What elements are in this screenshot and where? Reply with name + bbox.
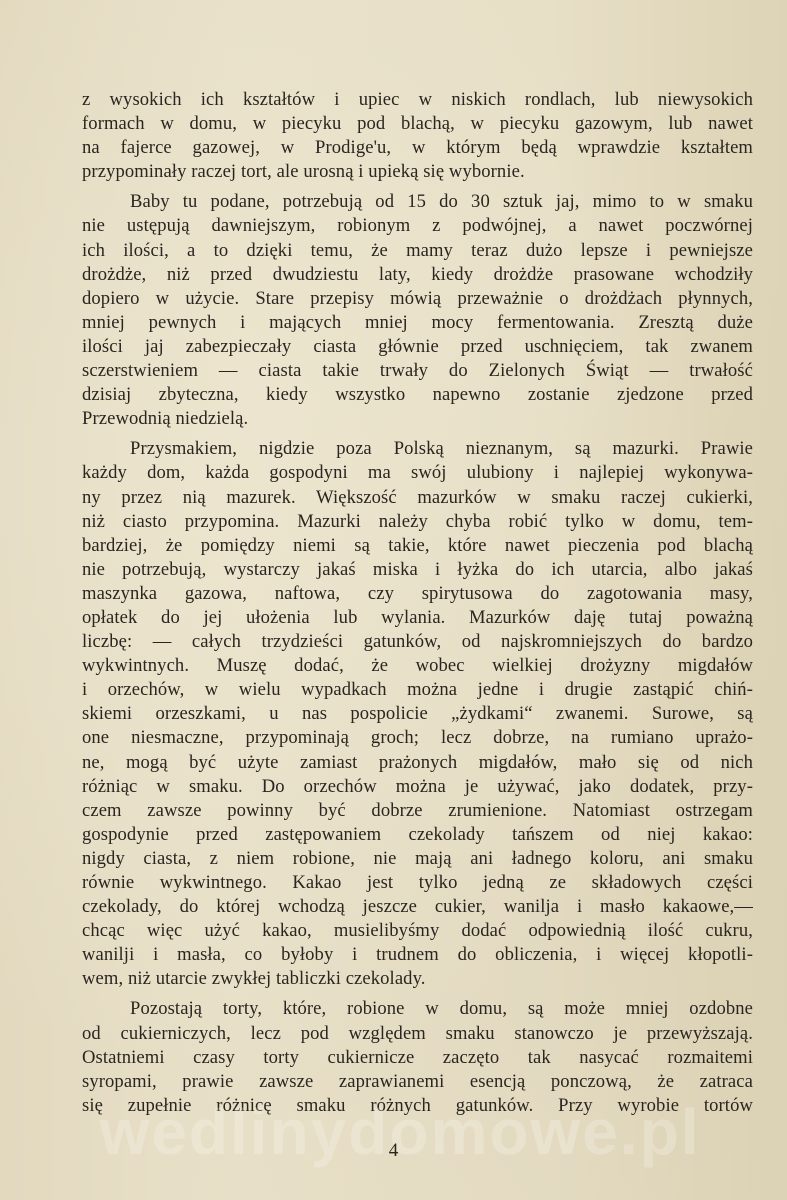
text-line: sczerstwieniem — ciasta takie trwały do …	[82, 359, 753, 383]
paragraph: Pozostają torty, które, robione w domu, …	[82, 997, 753, 1117]
text-line: maszynka gazowa, naftowa, czy spirytusow…	[82, 582, 753, 606]
text-line: bardziej, że pomiędzy niemi są takie, kt…	[82, 534, 753, 558]
text-line: czekolady, do której wchodzą jeszcze cuk…	[82, 895, 753, 919]
text-line: i orzechów, w wielu wypadkach można jedn…	[82, 678, 753, 702]
page-number: 4	[0, 1140, 787, 1162]
text-line: ne, mogą być użyte zamiast prażonych mig…	[82, 751, 753, 775]
text-line: Ostatniemi czasy torty cukiernicze zaczę…	[82, 1046, 753, 1070]
text-line: wykwintnych. Muszę dodać, że wobec wielk…	[82, 654, 753, 678]
text-line: liczbę: — całych trzydzieści gatunków, o…	[82, 630, 753, 654]
text-line: niż ciasto przypomina. Mazurki należy ch…	[82, 510, 753, 534]
text-line: one niesmaczne, przypominają groch; lecz…	[82, 726, 753, 750]
text-line: Przewodnią niedzielą.	[82, 407, 753, 431]
scanned-book-page: z wysokich ich kształtów i upiec w niski…	[0, 0, 787, 1200]
text-line: dopiero w użycie. Stare przepisy mówią p…	[82, 287, 753, 311]
text-line: mniej pewnych i mających mniej mocy ferm…	[82, 311, 753, 335]
text-line: przypominały raczej tort, ale urosną i u…	[82, 160, 753, 184]
text-line: ich ilości, a to dzięki temu, że mamy te…	[82, 239, 753, 263]
paragraph: Przysmakiem, nigdzie poza Polską nieznan…	[82, 437, 753, 991]
text-line: dzisiaj zbyteczna, kiedy wszystko napewn…	[82, 383, 753, 407]
paragraph: Baby tu podane, potrzebują od 15 do 30 s…	[82, 190, 753, 431]
text-line: skiemi orzeszkami, u nas pospolicie „żyd…	[82, 702, 753, 726]
text-line: opłatek do jej ułożenia lub wylania. Maz…	[82, 606, 753, 630]
text-line: czem zawsze powinny być dobrze zrumienio…	[82, 799, 753, 823]
paragraph: z wysokich ich kształtów i upiec w niski…	[82, 88, 753, 184]
text-line: syropami, prawie zawsze zaprawianemi ese…	[82, 1070, 753, 1094]
text-line: się zupełnie różnicę smaku różnych gatun…	[82, 1094, 753, 1118]
text-line: ilości jaj zabezpieczały ciasta głównie …	[82, 335, 753, 359]
body-text: z wysokich ich kształtów i upiec w niski…	[82, 88, 753, 1124]
text-line: gospodynie przed zastępowaniem czekolady…	[82, 823, 753, 847]
text-line: Przysmakiem, nigdzie poza Polską nieznan…	[82, 437, 753, 461]
text-line: na fajerce gazowej, w Prodige'u, w który…	[82, 136, 753, 160]
text-line: każdy dom, każda gospodyni ma swój ulubi…	[82, 461, 753, 485]
text-line: nie ustępują dawniejszym, robionym z pod…	[82, 214, 753, 238]
text-line: różniąc w smaku. Do orzechów można je uż…	[82, 775, 753, 799]
text-line: formach w domu, w piecyku pod blachą, w …	[82, 112, 753, 136]
text-line: nigdy ciasta, z niem robione, nie mają a…	[82, 847, 753, 871]
text-line: wem, niż utarcie zwykłej tabliczki czeko…	[82, 967, 753, 991]
text-line: od cukierniczych, lecz pod względem smak…	[82, 1022, 753, 1046]
text-line: chcąc więc użyć kakao, musielibyśmy doda…	[82, 919, 753, 943]
text-line: z wysokich ich kształtów i upiec w niski…	[82, 88, 753, 112]
text-line: wanilji i masła, co byłoby i trudnem do …	[82, 943, 753, 967]
text-line: równie wykwintnego. Kakao jest tylko jed…	[82, 871, 753, 895]
text-line: ny przez nią mazurek. Większość mazurków…	[82, 486, 753, 510]
text-line: drożdże, niż przed dwudziestu laty, kied…	[82, 263, 753, 287]
text-line: Baby tu podane, potrzebują od 15 do 30 s…	[82, 190, 753, 214]
text-line: Pozostają torty, które, robione w domu, …	[82, 997, 753, 1021]
text-line: nie potrzebują, wystarczy jakaś miska i …	[82, 558, 753, 582]
